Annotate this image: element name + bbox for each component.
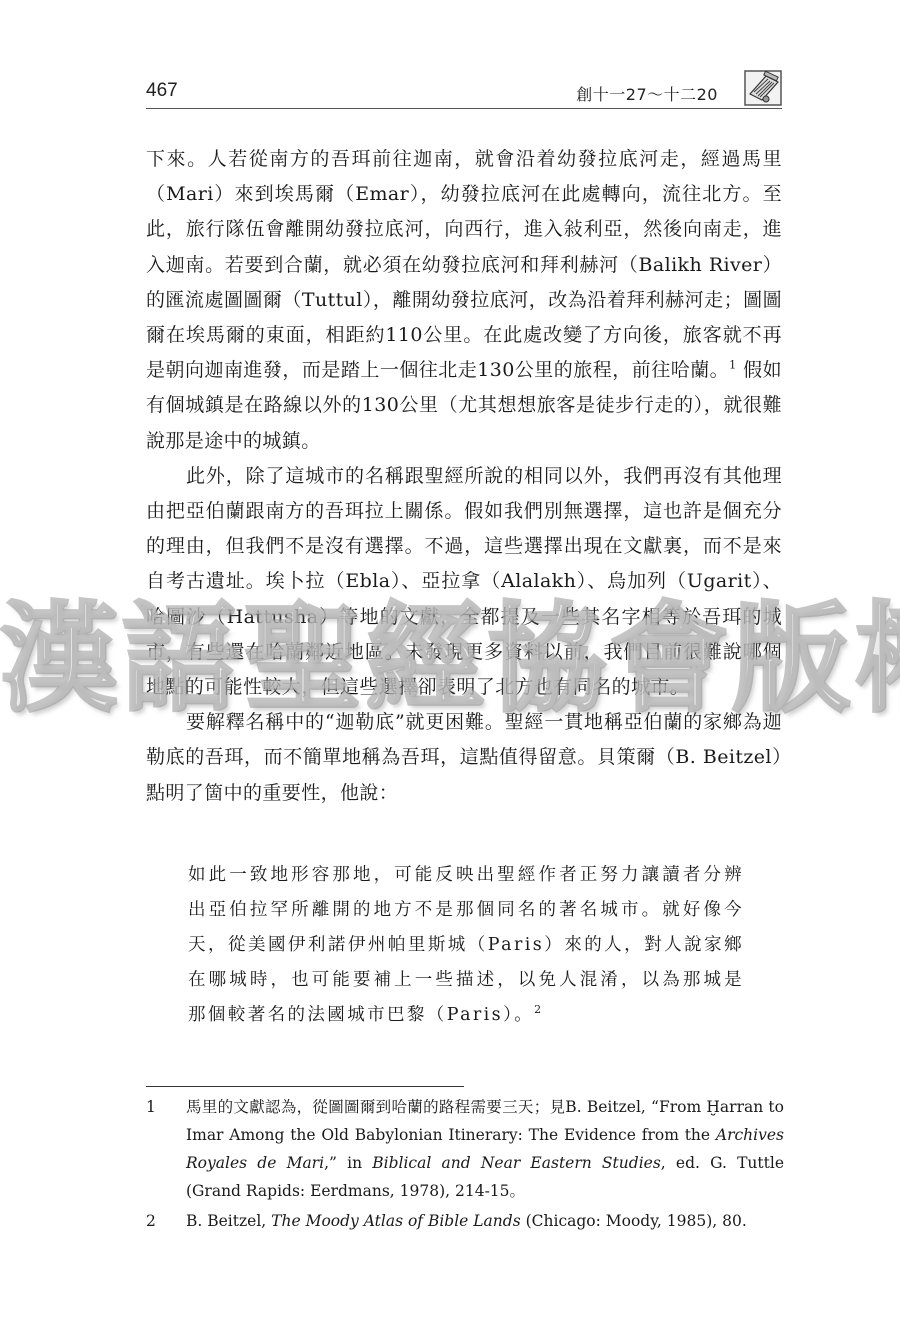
footnotes: 1馬里的文獻認為，從圖圖爾到哈蘭的路程需要三天；見B. Beitzel, “Fr…	[146, 1093, 784, 1237]
page-header: 467 創十一27～十二20	[146, 70, 782, 106]
footnote-ref-2[interactable]: 2	[534, 1003, 543, 1016]
footnote-2: 2B. Beitzel, The Moody Atlas of Bible La…	[146, 1207, 784, 1235]
paragraph-3: 要解釋名稱中的“迦勒底”就更困難。聖經一貫地稱亞伯蘭的家鄉為迦勒底的吾珥，而不簡…	[146, 705, 782, 811]
footnote-text: ,” in	[324, 1154, 372, 1172]
paragraph-text: 下來。人若從南方的吾珥前往迦南，就會沿着幼發拉底河走，經過馬里（Mari）來到埃…	[146, 148, 782, 381]
footnote-ref-1[interactable]: 1	[729, 359, 736, 372]
footnote-title: The Moody Atlas of Bible Lands	[271, 1212, 521, 1230]
quote-text: 如此一致地形容那地，可能反映出聖經作者正努力讓讀者分辨出亞伯拉罕所離開的地方不是…	[188, 865, 744, 1025]
running-head: 創十一27～十二20	[576, 82, 718, 105]
block-quote: 如此一致地形容那地，可能反映出聖經作者正努力讓讀者分辨出亞伯拉罕所離開的地方不是…	[188, 858, 744, 1033]
footnote-text: 馬里的文獻認為，從圖圖爾到哈蘭的路程需要三天；見B. Beitzel, “Fro…	[186, 1098, 784, 1144]
footnote-1: 1馬里的文獻認為，從圖圖爾到哈蘭的路程需要三天；見B. Beitzel, “Fr…	[146, 1093, 784, 1205]
body-text: 下來。人若從南方的吾珥前往迦南，就會沿着幼發拉底河走，經過馬里（Mari）來到埃…	[146, 142, 782, 811]
page-number: 467	[146, 80, 178, 102]
paragraph-1: 下來。人若從南方的吾珥前往迦南，就會沿着幼發拉底河走，經過馬里（Mari）來到埃…	[146, 142, 782, 459]
footnote-rule	[146, 1086, 464, 1087]
scroll-icon	[744, 70, 782, 106]
footnote-number: 2	[146, 1207, 156, 1235]
header-rule	[146, 108, 782, 109]
footnote-number: 1	[146, 1093, 156, 1121]
footnote-text: (Chicago: Moody, 1985), 80.	[521, 1212, 747, 1230]
footnote-text: B. Beitzel,	[186, 1212, 271, 1230]
paragraph-2: 此外，除了這城市的名稱跟聖經所說的相同以外，我們再沒有其他理由把亞伯蘭跟南方的吾…	[146, 459, 782, 705]
footnote-title: Biblical and Near Eastern Studies	[372, 1154, 661, 1172]
